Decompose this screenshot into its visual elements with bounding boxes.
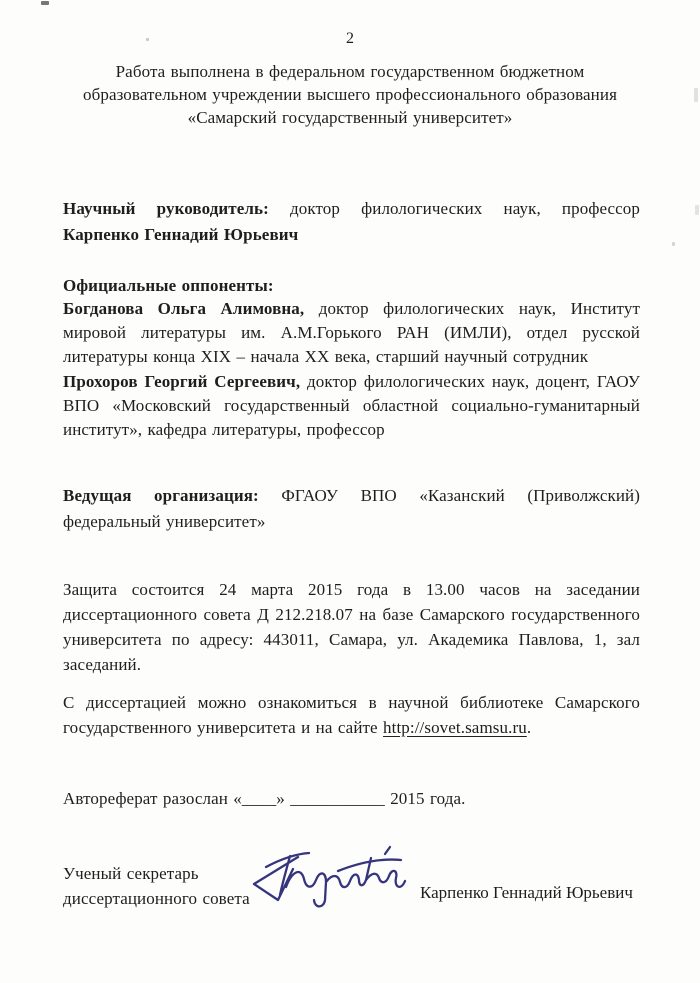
scan-artifact — [146, 38, 149, 41]
scan-artifact — [695, 205, 699, 215]
signature-handwriting — [246, 845, 416, 925]
library-info-paragraph: С диссертацией можно ознакомиться в науч… — [63, 690, 640, 740]
supervisor-name: Карпенко Геннадий Юрьевич — [63, 225, 298, 244]
affiliation-paragraph: Работа выполнена в федеральном государст… — [68, 60, 632, 129]
leading-organization-paragraph: Ведущая организация: ФГАОУ ВПО «Казански… — [63, 483, 640, 535]
abstract-distribution-line: Автореферат разослан «____» ___________ … — [63, 786, 640, 811]
library-text-after: . — [527, 718, 531, 737]
opponent-entry: Прохоров Георгий Сергеевич, доктор филол… — [63, 370, 640, 442]
defense-info-paragraph: Защита состоится 24 марта 2015 года в 13… — [63, 577, 640, 677]
supervisor-label: Научный руководитель: — [63, 199, 269, 218]
page-number: 2 — [0, 30, 700, 48]
scan-artifact — [41, 1, 49, 5]
scanned-document-page: 2 Работа выполнена в федеральном государ… — [0, 0, 700, 983]
opponents-label: Официальные оппоненты: — [63, 273, 640, 298]
scan-artifact — [672, 242, 675, 246]
library-text-before: С диссертацией можно ознакомиться в науч… — [63, 693, 640, 737]
council-site-url: http://sovet.samsu.ru — [383, 718, 527, 737]
opponents-label-text: Официальные оппоненты: — [63, 276, 274, 295]
supervisor-degree: доктор филологических наук, профессор — [290, 199, 640, 218]
opponent-entry: Богданова Ольга Алимовна, доктор филолог… — [63, 297, 640, 369]
opponent-name: Богданова Ольга Алимовна, — [63, 299, 304, 318]
supervisor-paragraph: Научный руководитель: доктор филологичес… — [63, 196, 640, 248]
opponent-name: Прохоров Георгий Сергеевич, — [63, 372, 300, 391]
secretary-name: Карпенко Геннадий Юрьевич — [420, 883, 633, 903]
leading-organization-label: Ведущая организация: — [63, 486, 259, 505]
scan-artifact — [694, 88, 698, 102]
